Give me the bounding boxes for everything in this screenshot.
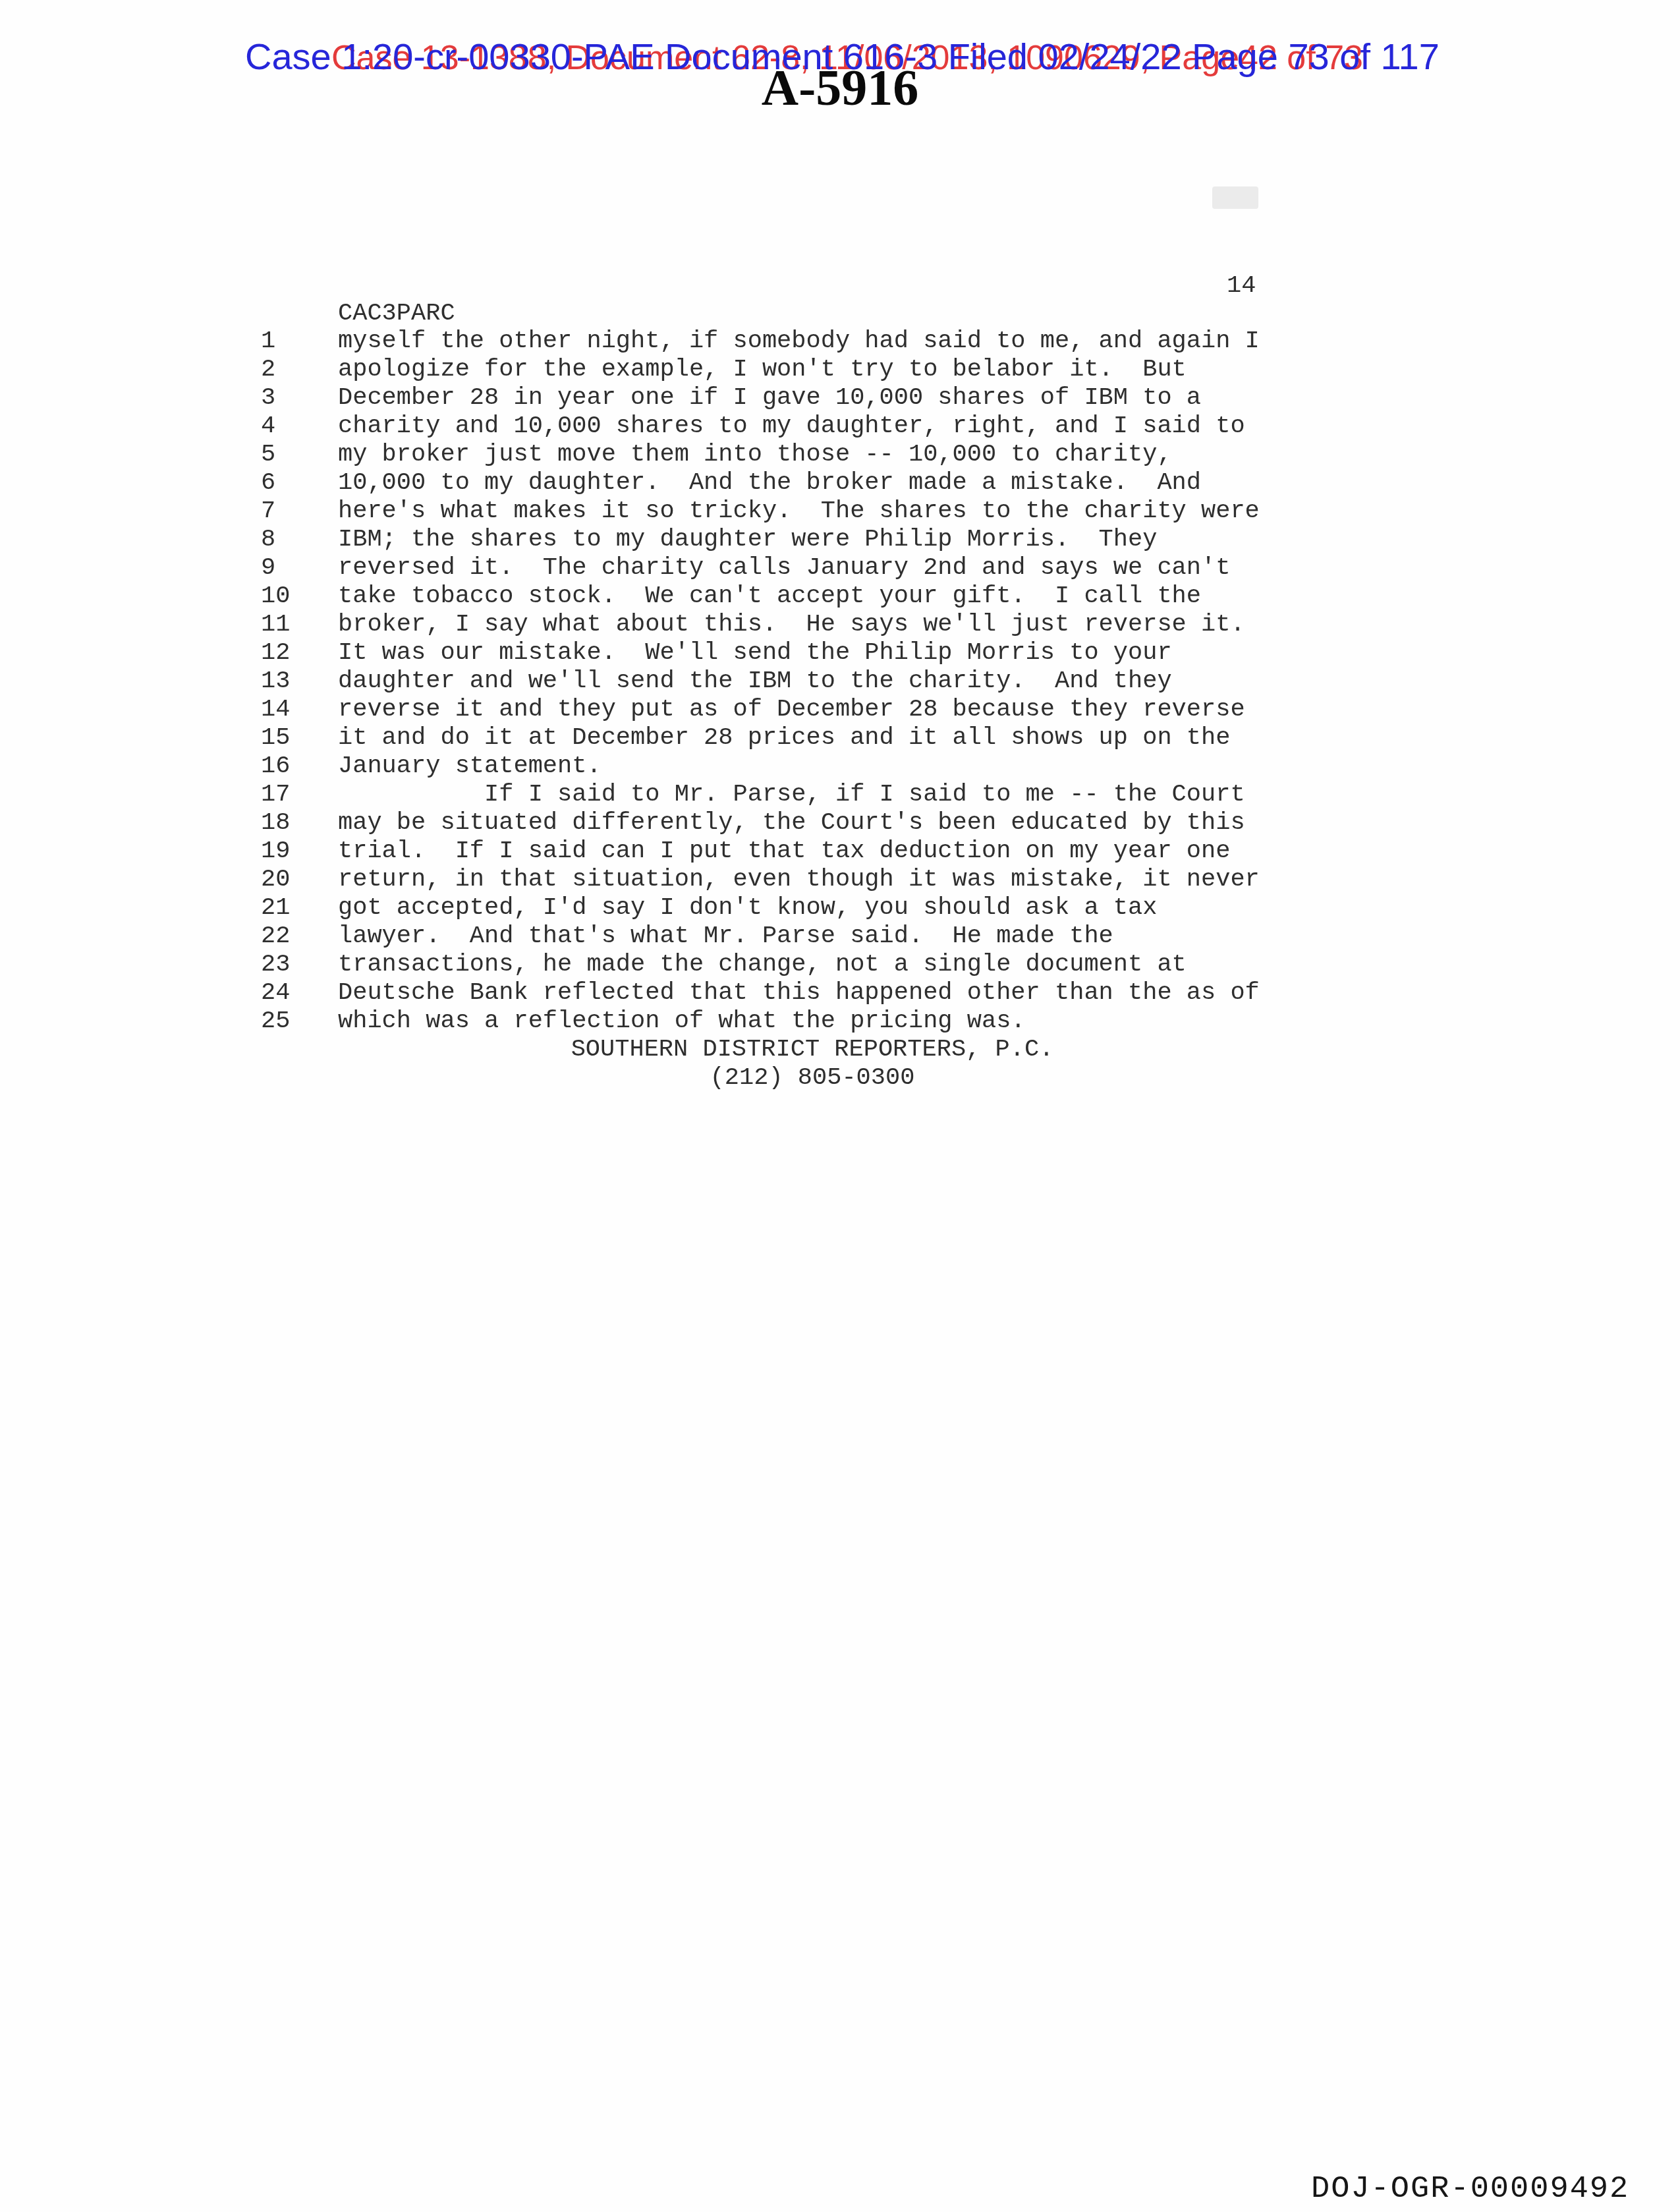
line-text: 10,000 to my daughter. And the broker ma… [338,469,1201,497]
line-number: 8 [261,526,294,553]
line-text: reverse it and they put as of December 2… [338,696,1245,723]
line-text: myself the other night, if somebody had … [338,327,1260,355]
line-text: trial. If I said can I put that tax dedu… [338,837,1230,865]
line-text: broker, I say what about this. He says w… [338,611,1245,638]
line-number: 5 [261,441,294,468]
line-text: take tobacco stock. We can't accept your… [338,582,1201,610]
line-number: 4 [261,412,294,440]
reporter-phone: (212) 805-0300 [338,1064,1287,1092]
transcript-line: 3December 28 in year one if I gave 10,00… [261,384,1381,412]
line-text: lawyer. And that's what Mr. Parse said. … [338,922,1113,950]
line-number: 21 [261,894,294,922]
line-text: IBM; the shares to my daughter were Phil… [338,526,1157,553]
line-number: 22 [261,922,294,950]
appendix-page-label: A-5916 [0,58,1680,117]
scan-artifact [1212,186,1258,209]
transcript-line: 2apologize for the example, I won't try … [261,356,1381,384]
line-number: 9 [261,554,294,582]
line-text: reversed it. The charity calls January 2… [338,554,1230,582]
line-number: 6 [261,469,294,497]
transcript-line: 7here's what makes it so tricky. The sha… [261,497,1381,526]
line-number: 2 [261,356,294,383]
transcript-line: 10take tobacco stock. We can't accept yo… [261,582,1381,611]
transcript-line: 610,000 to my daughter. And the broker m… [261,469,1381,497]
line-number: 24 [261,979,294,1007]
line-text: charity and 10,000 shares to my daughter… [338,412,1245,440]
transcript-body: 1myself the other night, if somebody had… [261,327,1381,1092]
line-text: return, in that situation, even though i… [338,866,1260,893]
transcript-line: 18may be situated differently, the Court… [261,809,1381,837]
line-number: 14 [261,696,294,723]
line-text: January statement. [338,752,602,780]
line-text: it and do it at December 28 prices and i… [338,724,1230,752]
line-text: may be situated differently, the Court's… [338,809,1245,837]
line-text: December 28 in year one if I gave 10,000… [338,384,1201,412]
line-text: daughter and we'll send the IBM to the c… [338,667,1172,695]
transcript-line: 22lawyer. And that's what Mr. Parse said… [261,922,1381,951]
transcript-line: 1myself the other night, if somebody had… [261,327,1381,356]
transcript-page-number: 14 [1227,272,1256,300]
transcript-line: 23transactions, he made the change, not … [261,951,1381,979]
transcript-session-code: CAC3PARC [338,300,455,327]
line-text: Deutsche Bank reflected that this happen… [338,979,1260,1007]
reporter-name: SOUTHERN DISTRICT REPORTERS, P.C. [338,1036,1287,1063]
transcript-line: 12It was our mistake. We'll send the Phi… [261,639,1381,667]
line-text: which was a reflection of what the prici… [338,1007,1026,1035]
line-number: 23 [261,951,294,978]
transcript-line: 9reversed it. The charity calls January … [261,554,1381,582]
line-number: 10 [261,582,294,610]
transcript-line: 19trial. If I said can I put that tax de… [261,837,1381,866]
line-number: 13 [261,667,294,695]
transcript-line: 8IBM; the shares to my daughter were Phi… [261,526,1381,554]
reporter-footer-row: (212) 805-0300 [261,1064,1381,1092]
line-number: 12 [261,639,294,667]
transcript-line: 15it and do it at December 28 prices and… [261,724,1381,752]
transcript-line: 21got accepted, I'd say I don't know, yo… [261,894,1381,922]
line-number: 3 [261,384,294,412]
transcript-line: 5my broker just move them into those -- … [261,441,1381,469]
transcript-line: 13daughter and we'll send the IBM to the… [261,667,1381,696]
line-text: If I said to Mr. Parse, if I said to me … [338,781,1245,808]
line-text: here's what makes it so tricky. The shar… [338,497,1260,525]
line-number: 19 [261,837,294,865]
line-number: 7 [261,497,294,525]
line-number: 11 [261,611,294,638]
line-number: 17 [261,781,294,808]
transcript-line: 14reverse it and they put as of December… [261,696,1381,724]
transcript-line: 24Deutsche Bank reflected that this happ… [261,979,1381,1007]
line-text: got accepted, I'd say I don't know, you … [338,894,1157,922]
reporter-footer-row: SOUTHERN DISTRICT REPORTERS, P.C. [261,1036,1381,1064]
line-text: my broker just move them into those -- 1… [338,441,1172,468]
line-number: 16 [261,752,294,780]
transcript-line: 25which was a reflection of what the pri… [261,1007,1381,1036]
transcript-line: 20return, in that situation, even though… [261,866,1381,894]
line-number: 18 [261,809,294,837]
line-text: apologize for the example, I won't try t… [338,356,1187,383]
scanned-transcript-page: Case 13-1388, Document 62-8, 11/06/2013,… [0,0,1680,2212]
line-text: transactions, he made the change, not a … [338,951,1187,978]
line-number: 15 [261,724,294,752]
transcript-line: 11broker, I say what about this. He says… [261,611,1381,639]
transcript-line: 17 If I said to Mr. Parse, if I said to … [261,781,1381,809]
transcript-line: 16January statement. [261,752,1381,781]
line-number: 1 [261,327,294,355]
line-number: 20 [261,866,294,893]
line-text: It was our mistake. We'll send the Phili… [338,639,1172,667]
line-number: 25 [261,1007,294,1035]
bates-number: DOJ-OGR-00009492 [1311,2172,1629,2207]
transcript-line: 4charity and 10,000 shares to my daughte… [261,412,1381,441]
